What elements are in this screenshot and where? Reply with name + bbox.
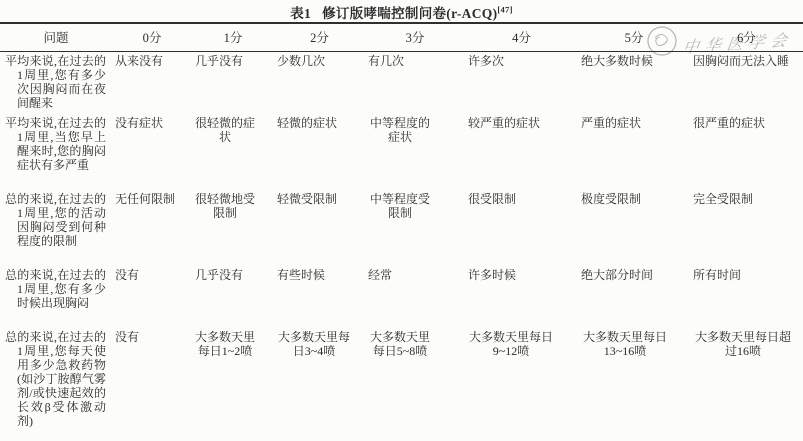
table-title-text: 修订版哮喘控制问卷(r-ACQ): [322, 6, 497, 21]
answer-text: 无任何限制: [115, 192, 175, 206]
answer-cell: 轻微受限制: [274, 190, 365, 266]
table-row: 平均来说,在过去的1周里,您有多少次因胸闷而在夜间醒来从来没有几乎没有少数几次有…: [0, 52, 803, 115]
header-score-0: 0分: [112, 23, 192, 52]
answer-cell: 没有: [112, 328, 192, 441]
answer-cell: 少数几次: [274, 52, 365, 115]
header-score-4: 4分: [465, 23, 578, 52]
answer-cell: 没有: [112, 266, 192, 328]
answer-text: 很受限制: [468, 192, 516, 206]
header-question: 问题: [0, 23, 112, 52]
answer-text: 有些时候: [277, 268, 325, 282]
answer-cell: 中等程度受限制: [365, 190, 465, 266]
answer-text: 几乎没有: [195, 54, 243, 68]
answer-cell: 因胸闷而无法入睡: [690, 52, 803, 115]
table-row: 平均来说,在过去的1周里,当您早上醒来时,您的胸闷症状有多严重没有症状很轻微的症…: [0, 114, 803, 190]
answer-text: 没有: [115, 330, 139, 344]
header-score-5: 5分: [578, 23, 690, 52]
answer-cell: 轻微的症状: [274, 114, 365, 190]
header-score-1: 1分: [192, 23, 274, 52]
answer-cell: 严重的症状: [578, 114, 690, 190]
header-score-6: 6分: [690, 23, 803, 52]
answer-text: 大多数天里每日9~12喷: [468, 330, 554, 358]
question-cell: 平均来说,在过去的1周里,当您早上醒来时,您的胸闷症状有多严重: [0, 114, 112, 190]
answer-text: 许多时候: [468, 268, 516, 282]
question-cell: 总的来说,在过去的1周里,您有多少时候出现胸闷: [0, 266, 112, 328]
answer-text: 大多数天里每日超过16喷: [693, 330, 793, 358]
answer-text: 没有症状: [115, 116, 163, 130]
question-cell: 总的来说,在过去的1周里,您每天使用多少急救药物(如沙丁胺醇气雾剂/或快速起效的…: [0, 328, 112, 441]
answer-cell: 极度受限制: [578, 190, 690, 266]
answer-cell: 从来没有: [112, 52, 192, 115]
answer-cell: 大多数天里每日3~4喷: [274, 328, 365, 441]
answer-text: 所有时间: [693, 268, 741, 282]
answer-cell: 中等程度的症状: [365, 114, 465, 190]
question-cell: 平均来说,在过去的1周里,您有多少次因胸闷而在夜间醒来: [0, 52, 112, 115]
answer-text: 较严重的症状: [468, 116, 540, 130]
answer-text: 没有: [115, 268, 139, 282]
answer-text: 少数几次: [277, 54, 325, 68]
table-title: 表1修订版哮喘控制问卷(r-ACQ)[47]: [0, 2, 803, 22]
answer-text: 大多数天里每日5~8喷: [368, 330, 432, 358]
answer-text: 有几次: [368, 54, 404, 68]
answer-cell: 大多数天里每日9~12喷: [465, 328, 578, 441]
answer-cell: 较严重的症状: [465, 114, 578, 190]
answer-text: 几乎没有: [195, 268, 243, 282]
answer-cell: 很受限制: [465, 190, 578, 266]
answer-cell: 许多时候: [465, 266, 578, 328]
header-row: 问题 0分 1分 2分 3分 4分 5分 6分: [0, 23, 803, 52]
answer-text: 经常: [368, 268, 392, 282]
header-score-3: 3分: [365, 23, 465, 52]
answer-text: 很轻微地受限制: [195, 192, 255, 220]
acq-questionnaire-table: 问题 0分 1分 2分 3分 4分 5分 6分 平均来说,在过去的1周里,您有多…: [0, 22, 803, 441]
answer-cell: 完全受限制: [690, 190, 803, 266]
answer-cell: 大多数天里每日13~16喷: [578, 328, 690, 441]
answer-cell: 大多数天里每日1~2喷: [192, 328, 274, 441]
answer-text: 绝大部分时间: [581, 268, 653, 282]
scanned-paper-page: 表1修订版哮喘控制问卷(r-ACQ)[47] 中华医学会 问题 0分 1分 2分…: [0, 0, 803, 441]
answer-cell: 所有时间: [690, 266, 803, 328]
answer-text: 轻微受限制: [277, 192, 337, 206]
question-cell: 总的来说,在过去的1周里,您的活动因胸闷受到何种程度的限制: [0, 190, 112, 266]
answer-cell: 没有症状: [112, 114, 192, 190]
answer-cell: 大多数天里每日5~8喷: [365, 328, 465, 441]
answer-cell: 经常: [365, 266, 465, 328]
table-row: 总的来说,在过去的1周里,您的活动因胸闷受到何种程度的限制无任何限制很轻微地受限…: [0, 190, 803, 266]
answer-text: 大多数天里每日1~2喷: [195, 330, 255, 358]
answer-cell: 有些时候: [274, 266, 365, 328]
answer-cell: 几乎没有: [192, 52, 274, 115]
header-score-2: 2分: [274, 23, 365, 52]
answer-text: 中等程度受限制: [368, 192, 432, 220]
answer-cell: 无任何限制: [112, 190, 192, 266]
answer-cell: 几乎没有: [192, 266, 274, 328]
answer-text: 大多数天里每日3~4喷: [277, 330, 351, 358]
table-body: 平均来说,在过去的1周里,您有多少次因胸闷而在夜间醒来从来没有几乎没有少数几次有…: [0, 52, 803, 441]
answer-text: 因胸闷而无法入睡: [693, 54, 789, 68]
answer-cell: 绝大部分时间: [578, 266, 690, 328]
answer-cell: 许多次: [465, 52, 578, 115]
answer-text: 很轻微的症状: [195, 116, 255, 144]
answer-cell: 大多数天里每日超过16喷: [690, 328, 803, 441]
table-number-label: 表1: [290, 6, 311, 21]
reference-superscript: [47]: [497, 5, 512, 15]
answer-cell: 很轻微的症状: [192, 114, 274, 190]
answer-cell: 绝大多数时候: [578, 52, 690, 115]
answer-text: 从来没有: [115, 54, 163, 68]
answer-cell: 很严重的症状: [690, 114, 803, 190]
answer-cell: 很轻微地受限制: [192, 190, 274, 266]
answer-text: 大多数天里每日13~16喷: [581, 330, 669, 358]
answer-text: 中等程度的症状: [368, 116, 432, 144]
table-row: 总的来说,在过去的1周里,您有多少时候出现胸闷没有几乎没有有些时候经常许多时候绝…: [0, 266, 803, 328]
answer-text: 极度受限制: [581, 192, 641, 206]
table-row: 总的来说,在过去的1周里,您每天使用多少急救药物(如沙丁胺醇气雾剂/或快速起效的…: [0, 328, 803, 441]
answer-text: 许多次: [468, 54, 504, 68]
answer-text: 绝大多数时候: [581, 54, 653, 68]
answer-text: 完全受限制: [693, 192, 753, 206]
answer-text: 很严重的症状: [693, 116, 765, 130]
answer-cell: 有几次: [365, 52, 465, 115]
answer-text: 严重的症状: [581, 116, 641, 130]
table-header: 问题 0分 1分 2分 3分 4分 5分 6分: [0, 23, 803, 52]
answer-text: 轻微的症状: [277, 116, 337, 130]
